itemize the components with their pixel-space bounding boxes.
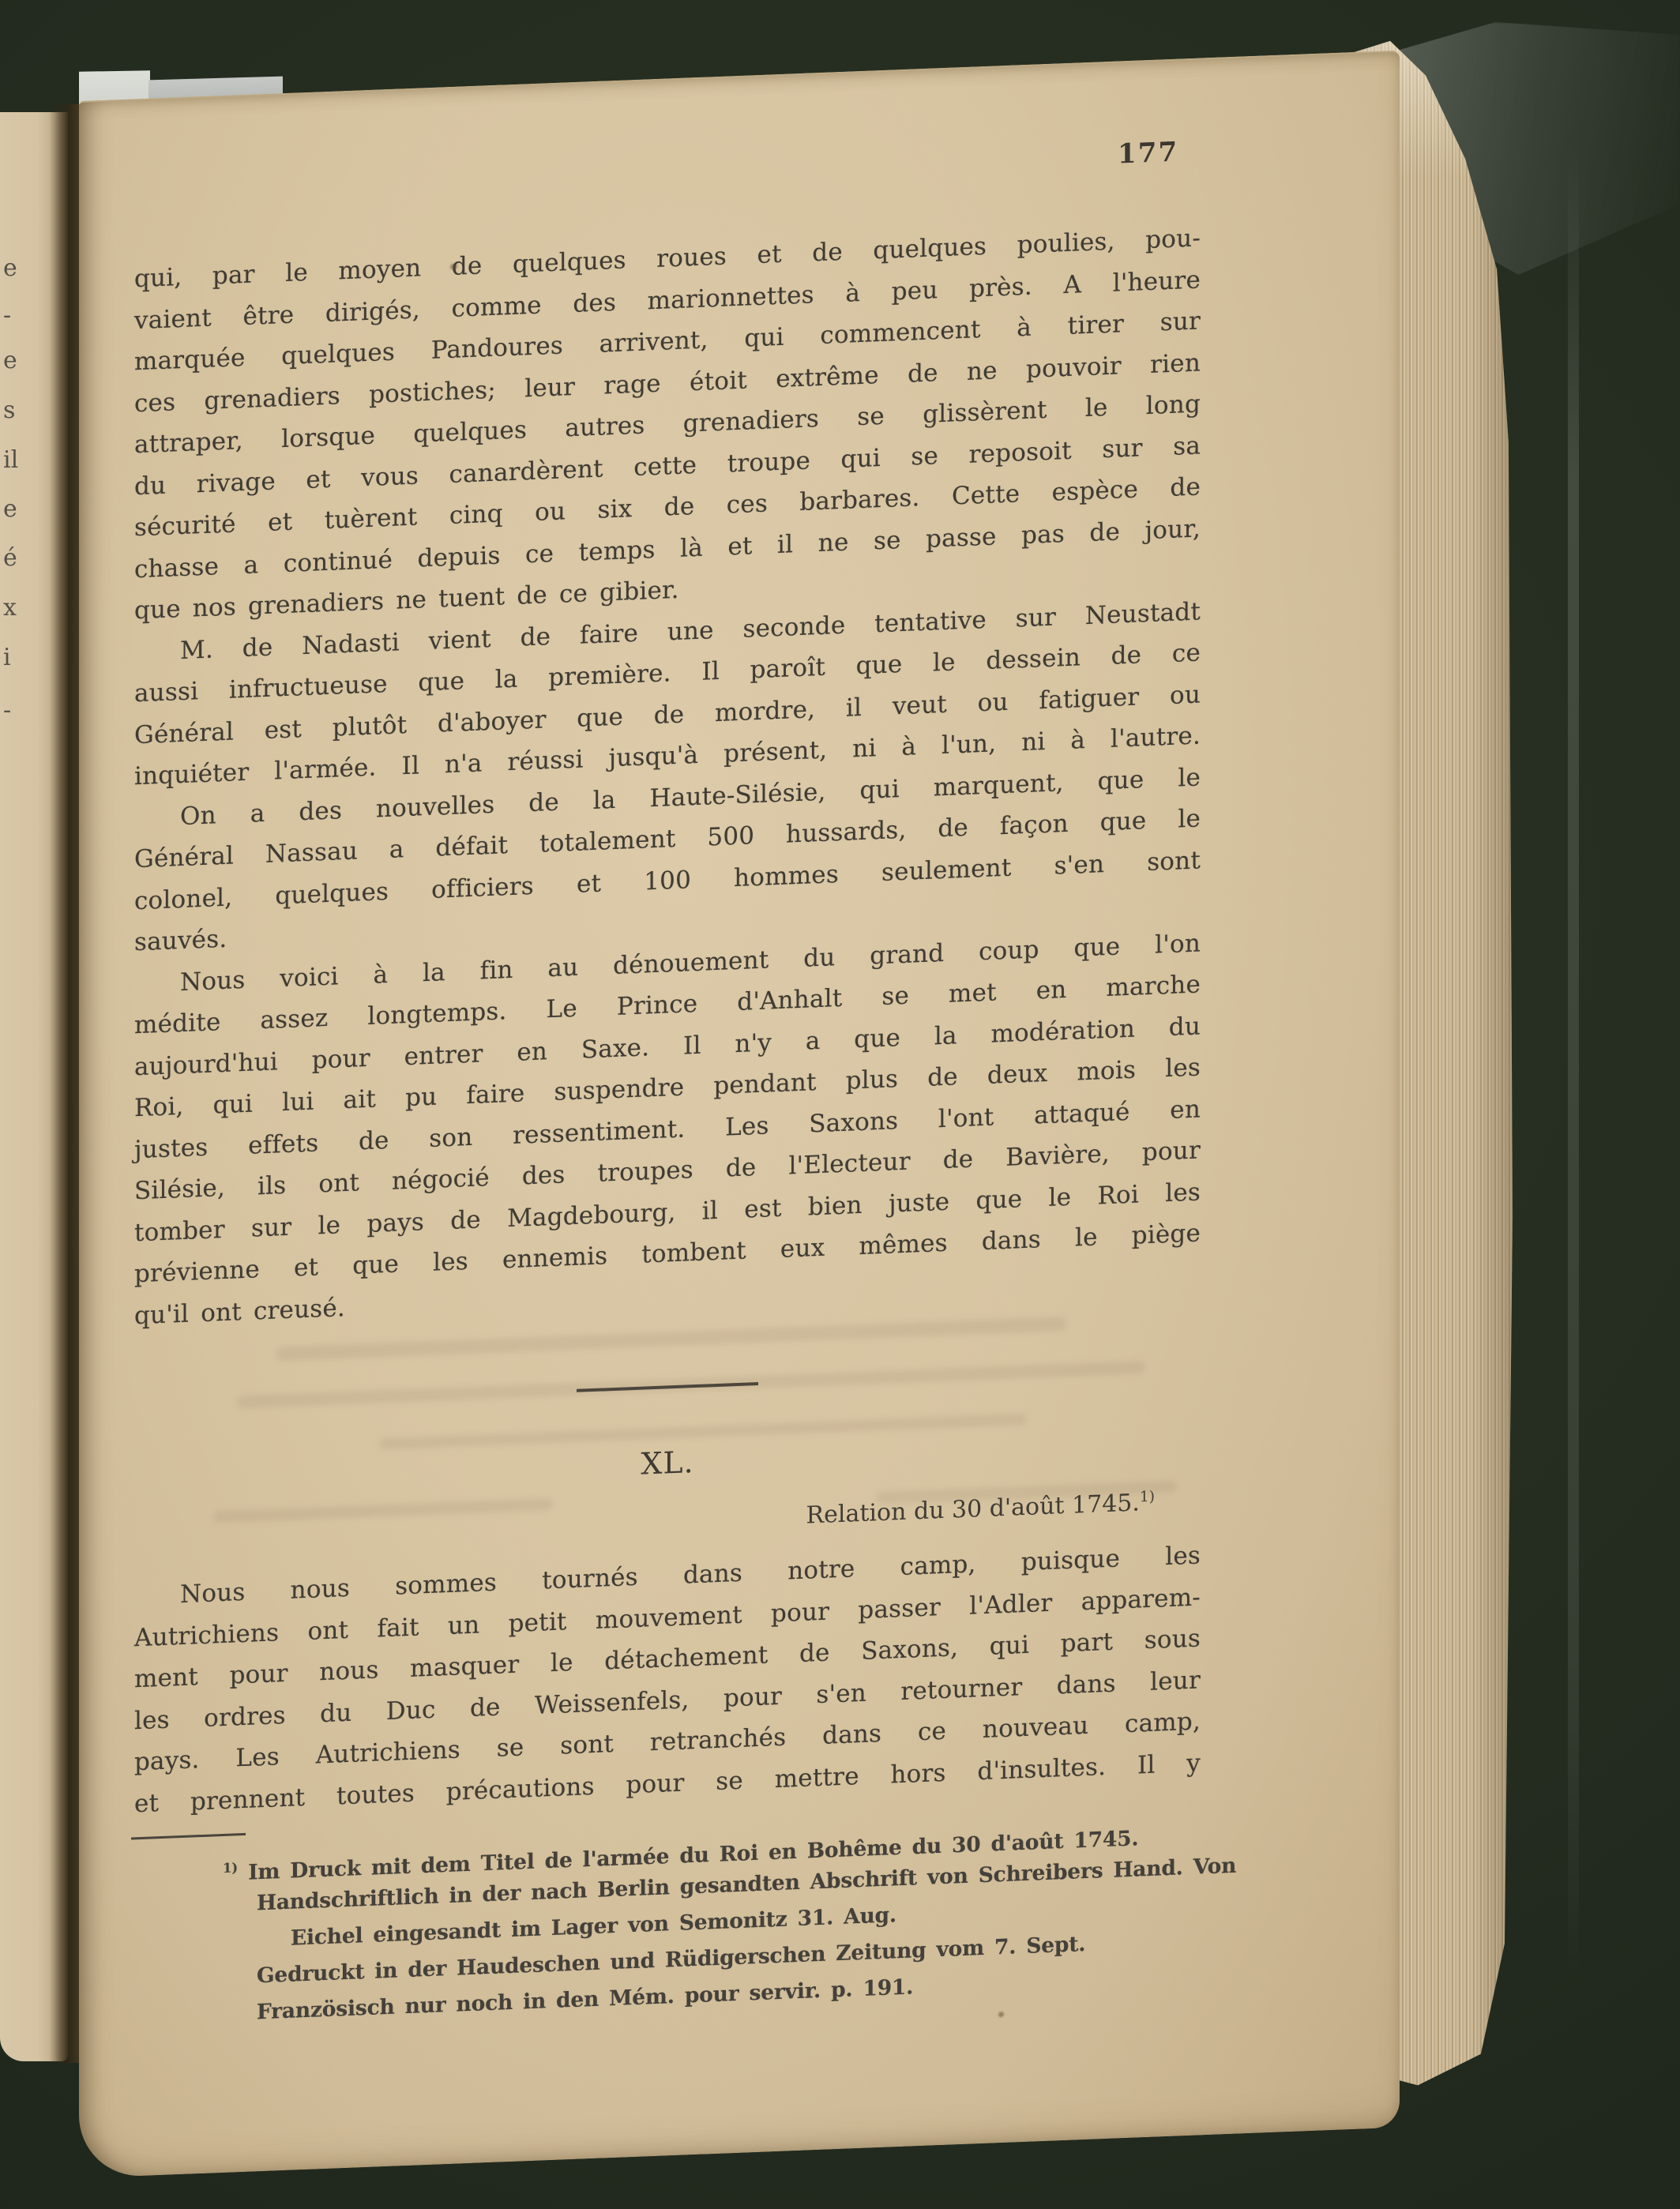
page-text-column: qui, par le moyen de quelques roues et d… bbox=[134, 217, 1201, 2035]
book-page: 177 qui, par le moyen de quelques roues … bbox=[79, 51, 1400, 2178]
facing-page-letter: il bbox=[3, 449, 35, 472]
footnote-marker: 1) bbox=[223, 1860, 238, 1876]
light-streak bbox=[1568, 150, 1579, 1982]
facing-page-letter: e bbox=[3, 498, 35, 521]
facing-page-letter: s bbox=[3, 399, 35, 423]
facing-page-letter: - bbox=[3, 699, 35, 723]
facing-page-letter: é bbox=[3, 547, 35, 570]
page-number: 177 bbox=[134, 135, 1201, 208]
section-text: Nous nous sommes tournés dans notre camp… bbox=[134, 1535, 1201, 1824]
footnotes: 1) Im Druck mit dem Titel de l'armée du … bbox=[134, 1813, 1201, 2035]
facing-page-letter: e bbox=[3, 257, 35, 280]
facing-page-letter: - bbox=[3, 304, 35, 328]
facing-page-letter: i bbox=[3, 646, 35, 670]
facing-page-letter: x bbox=[3, 596, 35, 620]
body-text: qui, par le moyen de quelques roues et d… bbox=[134, 217, 1201, 1336]
facing-page-letter: e bbox=[3, 349, 35, 373]
footnote-rule bbox=[131, 1833, 246, 1840]
foxing-spot bbox=[998, 2012, 1004, 2017]
photo-of-book: { "colors":{"paper":"#d7c4a1","ink":"#3f… bbox=[0, 0, 1680, 2209]
